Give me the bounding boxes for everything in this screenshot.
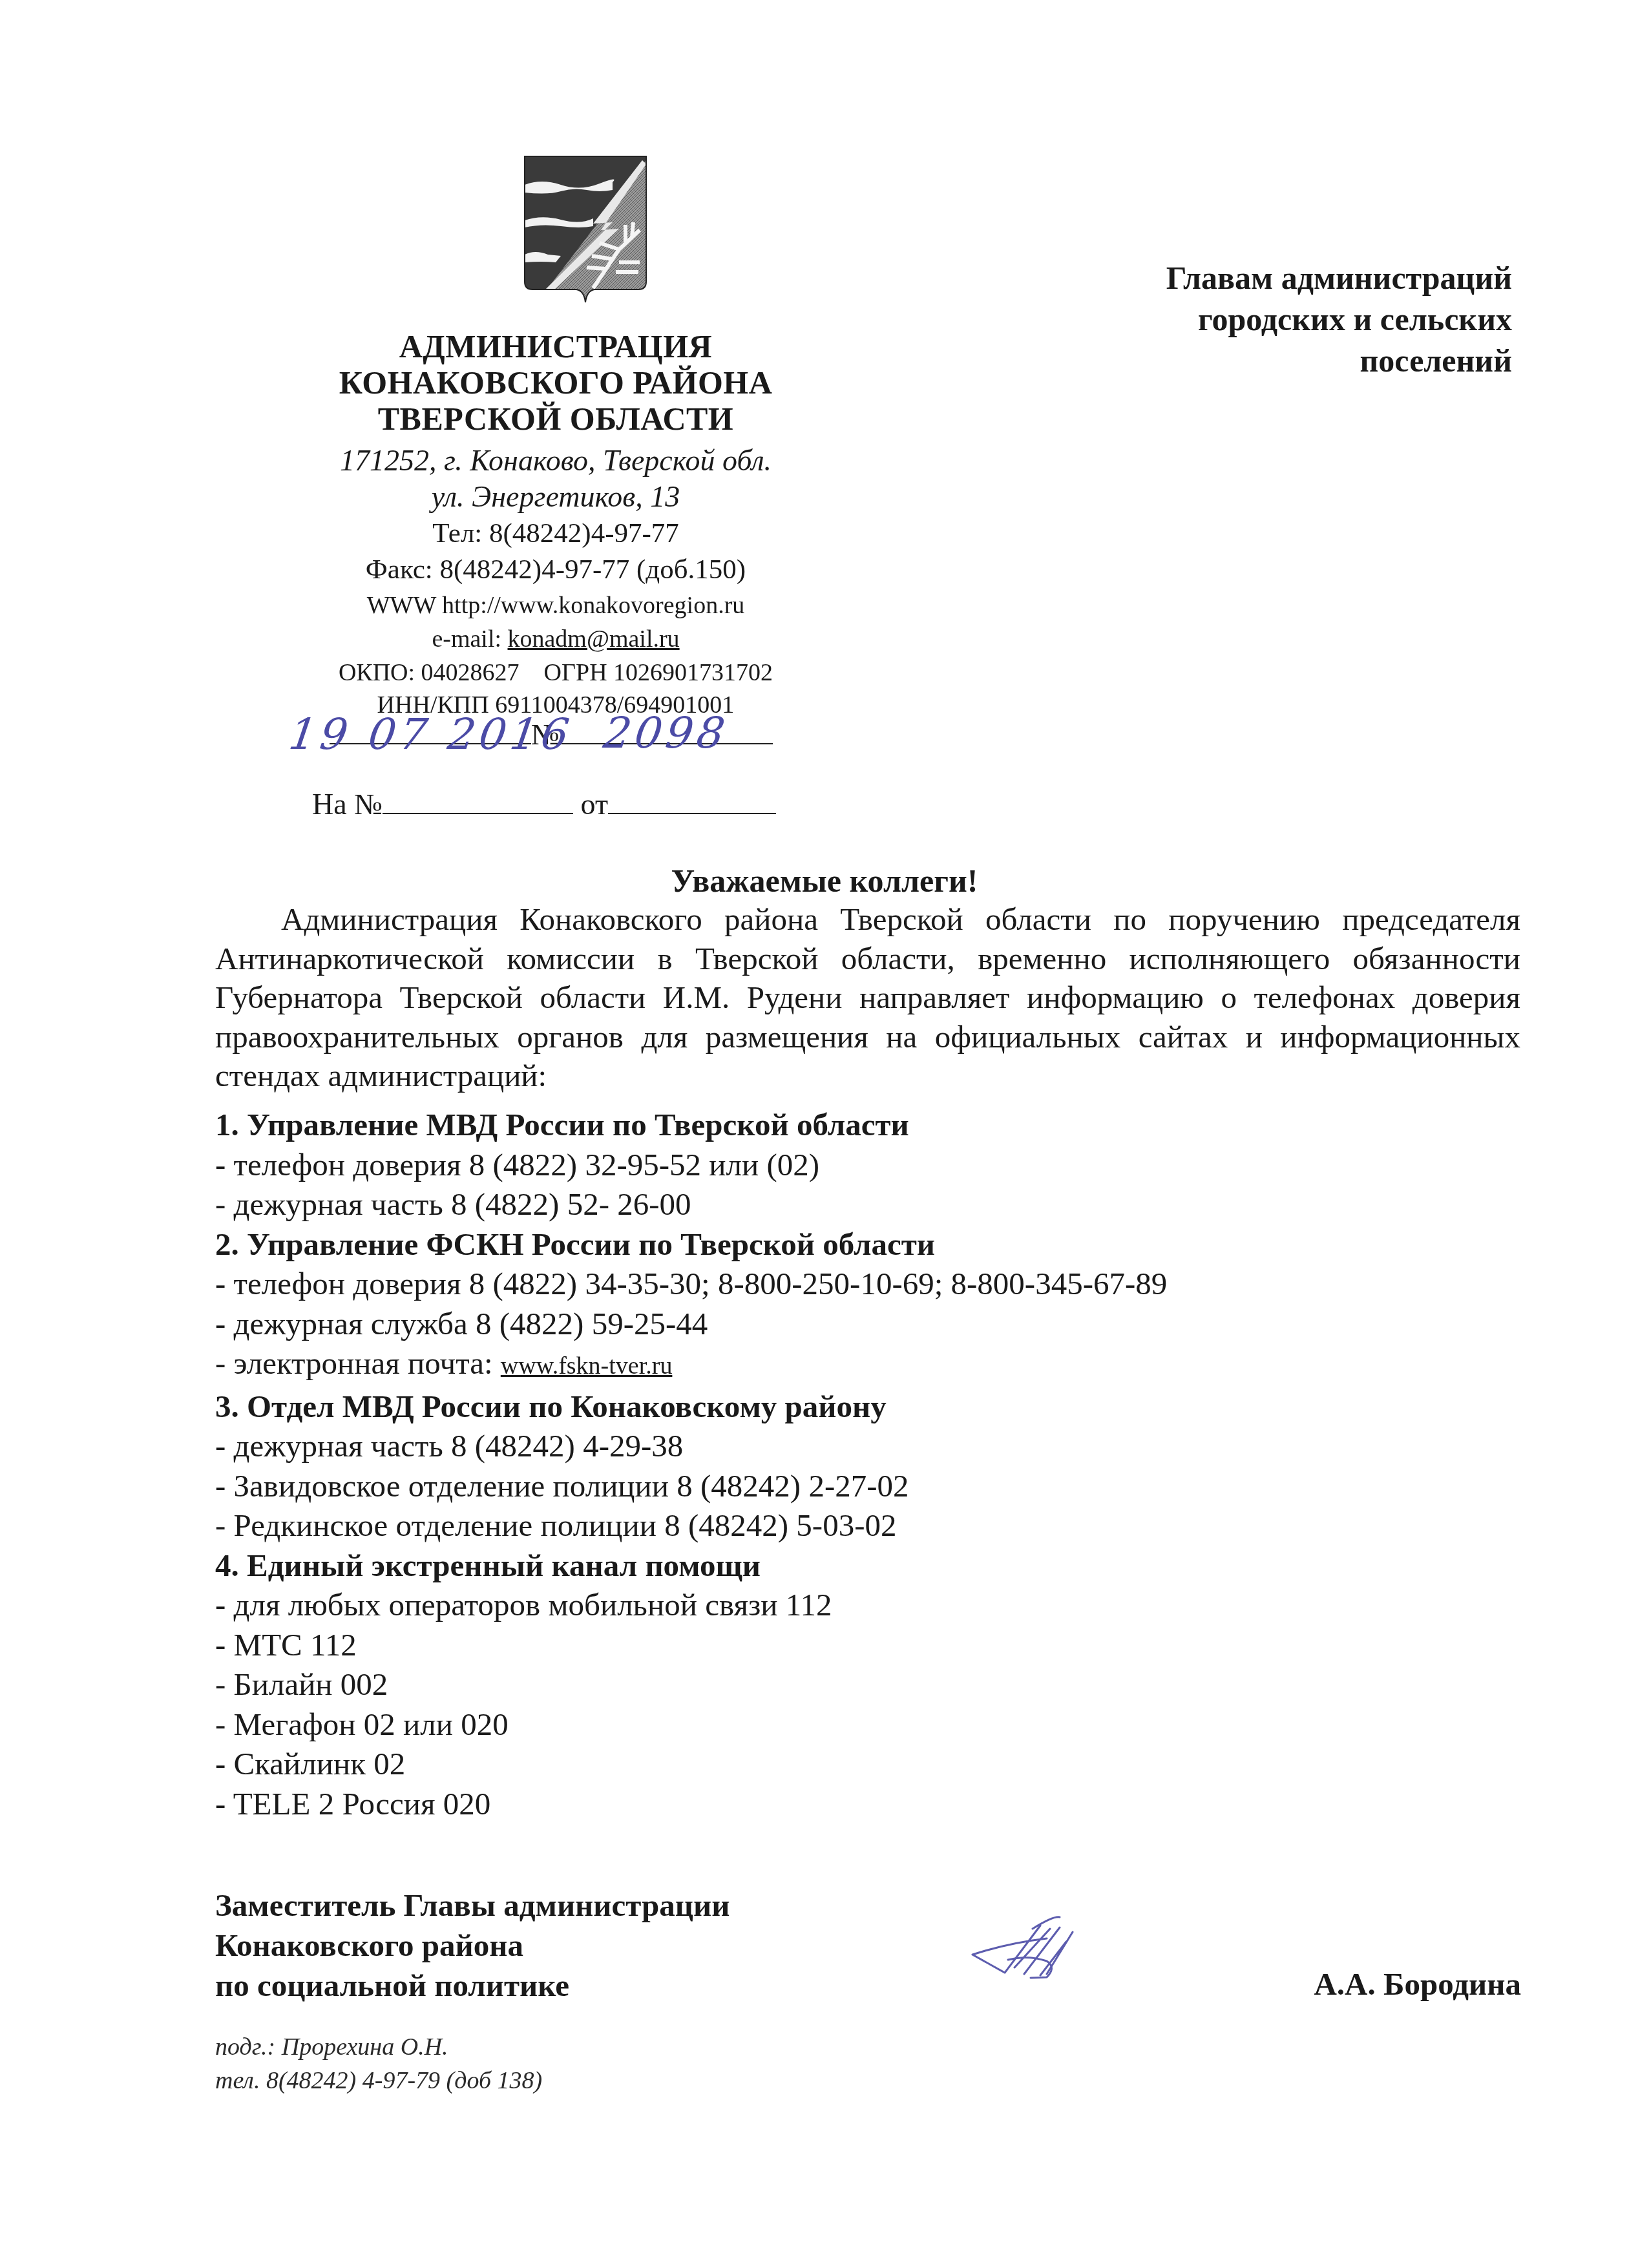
list-item: - TELE 2 Россия 020 bbox=[215, 1784, 1167, 1824]
list-item: - МТС 112 bbox=[215, 1625, 1167, 1665]
reply-label: На № bbox=[312, 788, 383, 821]
addressee-block: Главам администраций городских и сельски… bbox=[1166, 257, 1512, 381]
greeting: Уважаемые коллеги! bbox=[0, 862, 1649, 899]
website-link[interactable]: WWW http://www.konakovoregion.ru bbox=[233, 589, 879, 622]
signatory-title: Заместитель Главы администрации Конаковс… bbox=[215, 1885, 730, 2006]
list-item: - Билайн 002 bbox=[215, 1664, 1167, 1705]
signatory-title-line: Конаковского района bbox=[215, 1926, 730, 1966]
email-label: e-mail: bbox=[432, 625, 507, 653]
address-line-2: ул. Энергетиков, 13 bbox=[233, 479, 879, 514]
prepared-by-phone: тел. 8(48242) 4-97-79 (доб 138) bbox=[215, 2064, 542, 2097]
okpo-code: ОКПО: 04028627 bbox=[339, 659, 520, 686]
list-item: - дежурная служба 8 (4822) 59-25-44 bbox=[215, 1304, 1167, 1344]
list-item: - Скайлинк 02 bbox=[215, 1744, 1167, 1784]
fax-line: Факс: 8(48242)4-97-77 (доб.150) bbox=[233, 553, 879, 587]
handwritten-signature-icon bbox=[969, 1903, 1111, 2000]
list-item: - Редкинское отделение полиции 8 (48242)… bbox=[215, 1506, 1167, 1546]
list-item: - для любых операторов мобильной связи 1… bbox=[215, 1585, 1167, 1625]
contact-list: 1. Управление МВД России по Тверской обл… bbox=[215, 1105, 1167, 1823]
fskn-website-link[interactable]: www.fskn-tver.ru bbox=[501, 1352, 673, 1380]
section-heading: 3. Отдел МВД России по Конаковскому райо… bbox=[215, 1387, 1167, 1427]
section-heading: 2. Управление ФСКН России по Тверской об… bbox=[215, 1224, 1167, 1265]
email-line: e-mail: konadm@mail.ru bbox=[233, 623, 879, 655]
addressee-line: поселений bbox=[1166, 340, 1512, 381]
list-item: - Мегафон 02 или 020 bbox=[215, 1705, 1167, 1745]
phone-line: Тел: 8(48242)4-97-77 bbox=[233, 517, 879, 551]
signatory-title-line: по социальной политике bbox=[215, 1966, 730, 2006]
reply-date-field bbox=[608, 787, 776, 814]
prepared-by: подг.: Прорехина О.Н. bbox=[215, 2030, 542, 2064]
prepared-by-note: подг.: Прорехина О.Н. тел. 8(48242) 4-97… bbox=[215, 2030, 542, 2097]
org-name-line-1: АДМИНИСТРАЦИЯ bbox=[233, 328, 879, 364]
list-item: - дежурная часть 8 (4822) 52- 26-00 bbox=[215, 1184, 1167, 1224]
list-item: - дежурная часть 8 (48242) 4-29-38 bbox=[215, 1426, 1167, 1466]
signatory-name: А.А. Бородина bbox=[1314, 1966, 1521, 2002]
from-label: от bbox=[581, 788, 609, 821]
section-heading: 1. Управление МВД России по Тверской обл… bbox=[215, 1105, 1167, 1145]
addressee-line: городских и сельских bbox=[1166, 299, 1512, 340]
intro-paragraph: Администрация Конаковского района Тверск… bbox=[215, 900, 1520, 1096]
reply-reference-line: На № от bbox=[312, 787, 776, 821]
handwritten-number: 2098 bbox=[601, 708, 732, 758]
email-label: - электронная почта: bbox=[215, 1345, 501, 1381]
list-item: - телефон доверия 8 (4822) 34-35-30; 8-8… bbox=[215, 1264, 1167, 1304]
org-name-line-2: КОНАКОВСКОГО РАЙОНА bbox=[233, 364, 879, 401]
section-heading: 4. Единый экстренный канал помощи bbox=[215, 1546, 1167, 1586]
address-line-1: 171252, г. Конаково, Тверской обл. bbox=[233, 443, 879, 478]
ogrn-code: ОГРН 1026901731702 bbox=[544, 659, 773, 686]
org-name-line-3: ТВЕРСКОЙ ОБЛАСТИ bbox=[233, 401, 879, 437]
email-link[interactable]: konadm@mail.ru bbox=[508, 625, 680, 653]
coat-of-arms-icon bbox=[522, 152, 649, 305]
signatory-title-line: Заместитель Главы администрации bbox=[215, 1885, 730, 1926]
reply-number-field bbox=[383, 787, 573, 814]
list-item: - телефон доверия 8 (4822) 32-95-52 или … bbox=[215, 1145, 1167, 1185]
list-item: - Завидовское отделение полиции 8 (48242… bbox=[215, 1466, 1167, 1506]
registry-codes-line: ОКПО: 04028627 ОГРН 1026901731702 bbox=[233, 656, 879, 689]
handwritten-date: 19 07 2016 bbox=[286, 709, 576, 759]
addressee-line: Главам администраций bbox=[1166, 257, 1512, 299]
list-item: - электронная почта: www.fskn-tver.ru bbox=[215, 1343, 1167, 1387]
